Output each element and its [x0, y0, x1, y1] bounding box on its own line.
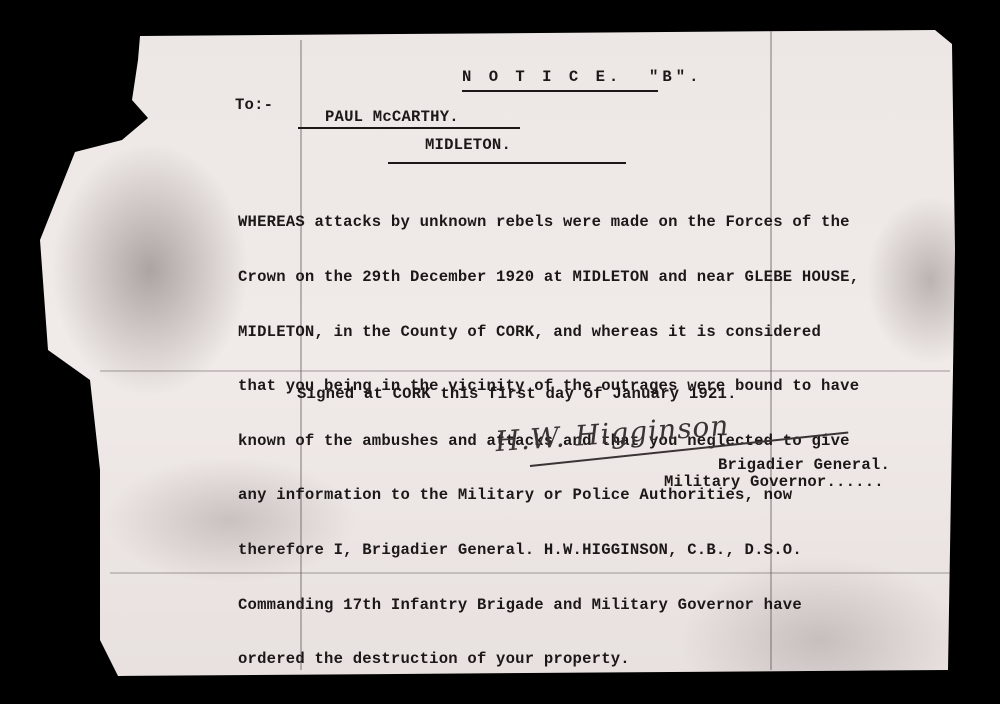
to-label: To:-	[235, 96, 273, 114]
body-line: WHEREAS attacks by unknown rebels were m…	[238, 213, 859, 231]
signatory-rank: Brigadier General.	[718, 456, 890, 474]
signed-line: Signed at CORK this first day of January…	[297, 385, 737, 403]
signatory-office: Military Governor......	[664, 473, 884, 491]
body-line: Commanding 17th Infantry Brigade and Mil…	[238, 596, 859, 614]
document-paper: N O T I C E. "B". To:- PAUL McCARTHY. MI…	[0, 0, 1000, 704]
town-underline	[388, 162, 626, 164]
recipient-town: MIDLETON.	[425, 136, 511, 154]
body-line: MIDLETON, in the County of CORK, and whe…	[238, 323, 859, 341]
body-line: therefore I, Brigadier General. H.W.HIGG…	[238, 541, 859, 559]
notice-heading: N O T I C E. "B".	[462, 68, 702, 86]
recipient-name: PAUL McCARTHY.	[325, 108, 459, 126]
body-line: ordered the destruction of your property…	[238, 650, 859, 668]
recipient-underline	[298, 127, 520, 129]
heading-underline	[462, 90, 658, 92]
body-line: Crown on the 29th December 1920 at MIDLE…	[238, 268, 859, 286]
